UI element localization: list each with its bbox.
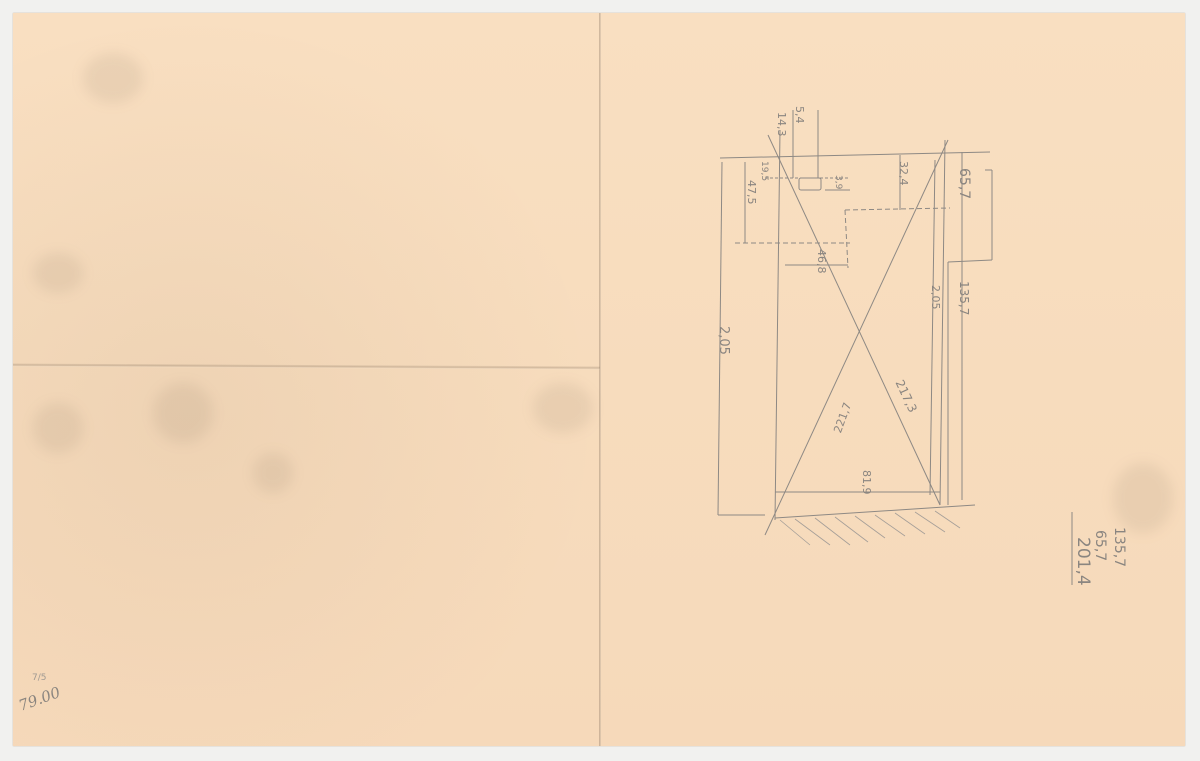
- dim-lower-right: 135,7: [957, 281, 971, 315]
- dim-diagonal-left: 221,7: [831, 401, 854, 435]
- dim-left-offset: 19,5: [759, 161, 769, 181]
- pencil-labels: 14,3 5,4 19,5 3,9 47,5 32,4 46,8 2,05 2,…: [0, 0, 1200, 761]
- dim-upper-right: 65,7: [956, 168, 972, 199]
- calc-operand-2: 65,7: [1092, 530, 1108, 561]
- calc-result: 201,4: [1073, 537, 1093, 586]
- dim-window-height: 3,9: [833, 175, 843, 190]
- dim-bottom-width: 81,9: [860, 470, 873, 495]
- calc-operand-1: 135,7: [1111, 527, 1127, 567]
- dim-middle-width: 46,8: [815, 249, 828, 274]
- dim-top-small-2: 5,4: [793, 106, 806, 124]
- dim-right-upper: 32,4: [897, 161, 910, 186]
- dim-top-small-1: 14,3: [775, 112, 788, 137]
- dim-left-upper: 47,5: [745, 180, 758, 205]
- dim-inner-height: 2,05: [929, 285, 942, 310]
- dim-outer-height: 2,05: [716, 326, 731, 355]
- dim-diagonal-right: 217,3: [893, 378, 920, 415]
- sum-calculation: 135,7 65,7 201,4: [1072, 512, 1127, 586]
